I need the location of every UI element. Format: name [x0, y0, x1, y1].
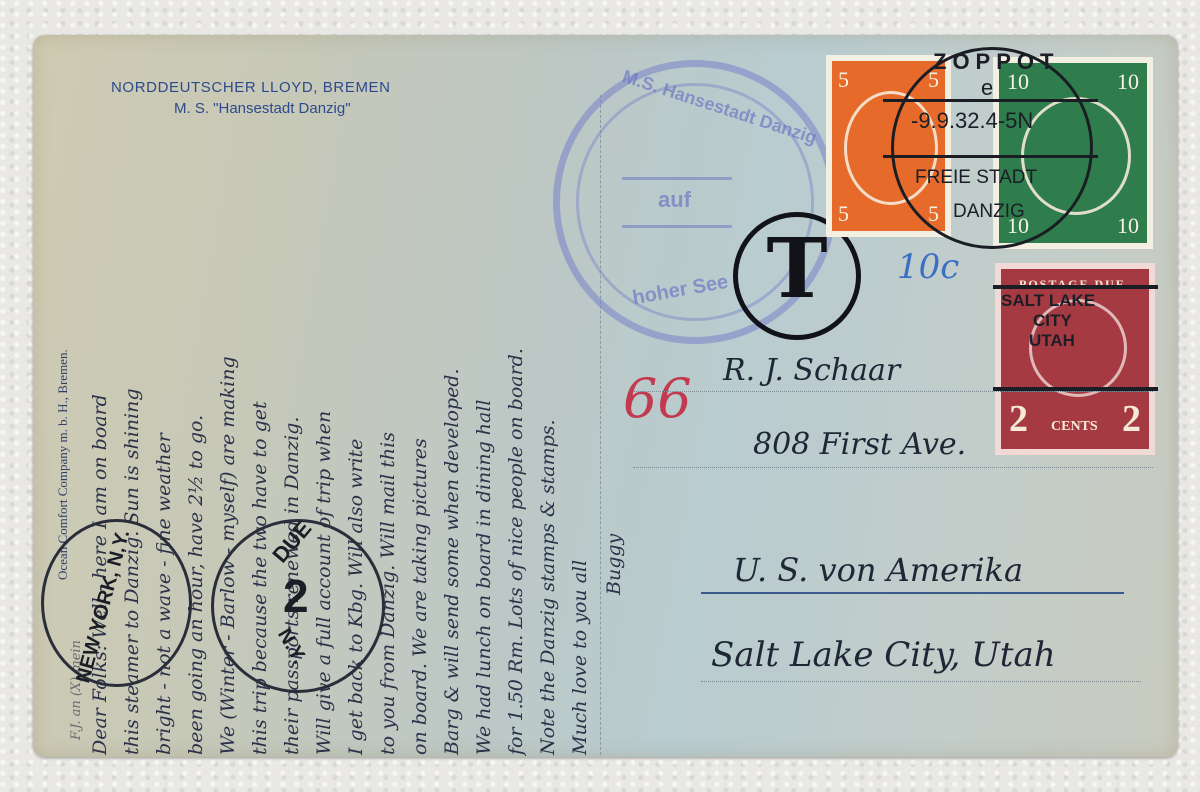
message-signature: Buggy	[603, 534, 625, 595]
postmark-region-line1: FREIE STADT	[915, 167, 1037, 189]
stamp-value: 2	[1009, 397, 1028, 441]
message-line: Note the Danzig stamps & stamps.	[537, 419, 559, 755]
address-country: U. S. von Amerika	[733, 551, 1023, 589]
stamp-value: 5	[838, 67, 849, 93]
precancel-line2: CITY	[1033, 311, 1072, 331]
message-line: on board. We are taking pictures	[409, 438, 431, 755]
message-line: We had lunch on board in dining hall	[473, 400, 495, 756]
address-line-rule	[633, 391, 1153, 392]
postcard: NORDDEUTSCHER LLOYD, BREMEN M. S. "Hanse…	[33, 35, 1178, 757]
printed-company-name: NORDDEUTSCHER LLOYD, BREMEN	[111, 79, 391, 96]
address-line-rule	[633, 467, 1153, 468]
stamp-value: 5	[838, 201, 849, 227]
message-line: for 1.50 Rm. Lots of nice people on boar…	[505, 348, 527, 755]
printed-ship-name: M. S. "Hansestadt Danzig"	[174, 100, 351, 117]
address-line-rule-solid	[701, 592, 1124, 594]
due-postmark-value: 2	[283, 569, 309, 623]
stamp-value: 2	[1122, 397, 1141, 441]
message-line: Much love to you all	[569, 560, 591, 755]
address-city: Salt Lake City, Utah	[711, 635, 1056, 675]
precancel-line1: SALT LAKE	[1001, 291, 1095, 311]
postmark-bar	[883, 155, 1098, 158]
precancel-bar-top	[993, 285, 1158, 289]
red-pencil-annotation: 66	[623, 367, 692, 430]
postmark-letter: e	[981, 75, 993, 101]
postmark-region-line2: DANZIG	[953, 201, 1025, 223]
stamp-value: 10	[1117, 69, 1139, 95]
ship-cachet-bar-bottom	[622, 225, 732, 228]
postmark-date: -9.9.32.4-5N	[911, 108, 1033, 134]
postmark-town: ZOPPOT	[933, 49, 1059, 75]
blue-pencil-annotation: 10c	[897, 247, 959, 287]
message-line: Barg & will send some when developed.	[441, 368, 463, 755]
address-name: R. J. Schaar	[723, 353, 900, 388]
stamp-value: 10	[1117, 213, 1139, 239]
ship-cachet-bar-top	[622, 177, 732, 180]
precancel-line3: UTAH	[1029, 331, 1075, 351]
ship-cachet-middle-text: auf	[658, 187, 691, 213]
stamp-cents-label: CENTS	[1051, 419, 1098, 435]
postmark-bar	[883, 99, 1098, 102]
address-line-rule	[701, 681, 1141, 682]
address-street: 808 First Ave.	[753, 427, 966, 462]
